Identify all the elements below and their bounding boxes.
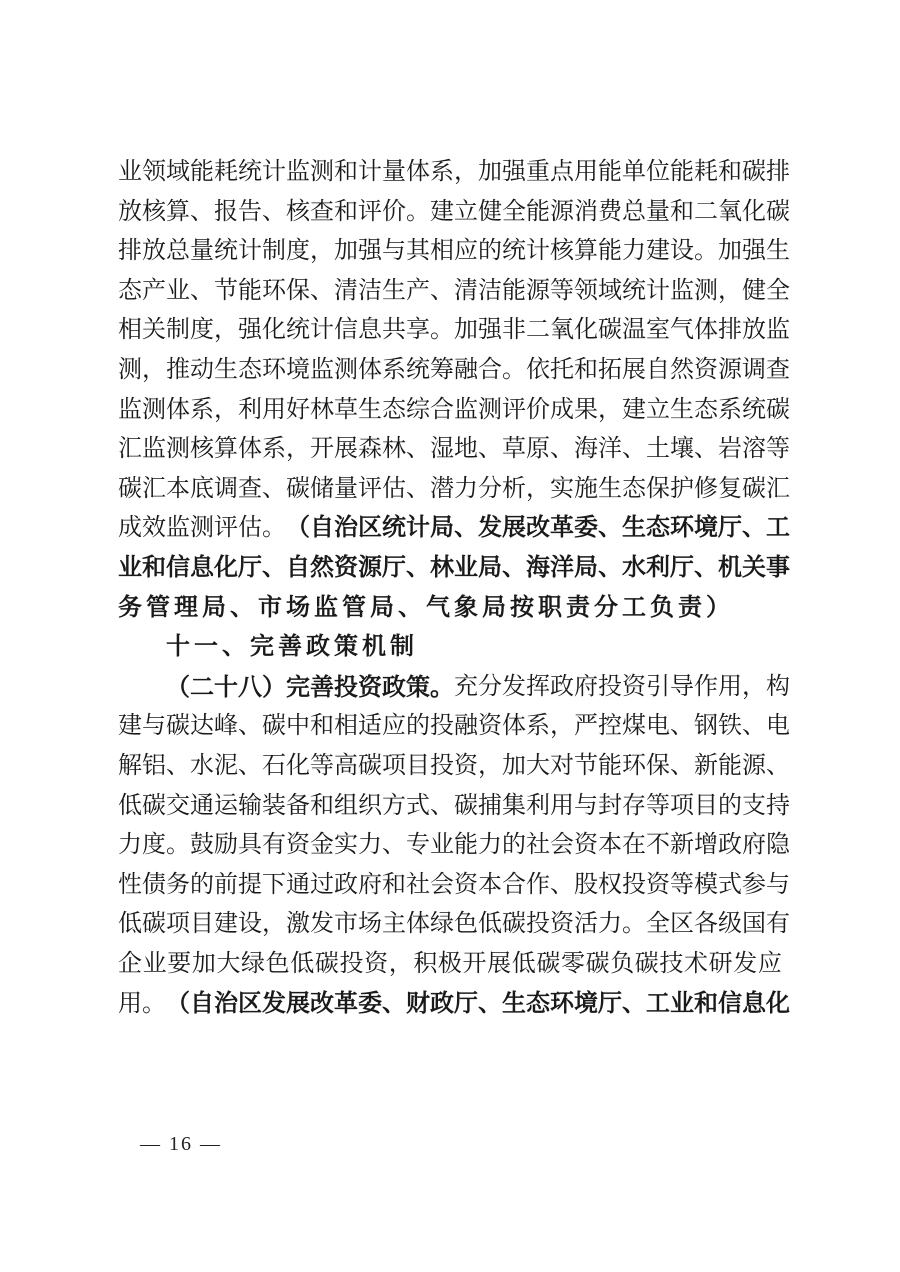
- text-char: 应: [758, 944, 782, 983]
- text-char: 达: [190, 706, 214, 745]
- text-char: 施: [574, 469, 598, 508]
- text-char: 系: [430, 152, 454, 191]
- text-char: 强: [502, 152, 526, 191]
- text-char: 开: [463, 944, 487, 983]
- text-char: 价: [526, 390, 550, 429]
- text-char: 目: [694, 786, 718, 825]
- text-char: 、: [622, 429, 646, 468]
- text-char: 加: [454, 310, 478, 349]
- text-char: 能: [718, 746, 742, 785]
- text-char: 能: [454, 825, 478, 864]
- text-char: 厅: [454, 984, 478, 1023]
- text-line: 力度。鼓励具有资金实力、专业能力的社会资本在不新增政府隐: [118, 825, 782, 864]
- text-char: （: [166, 984, 190, 1023]
- text-char: 融: [454, 706, 478, 745]
- text-char: 提: [238, 865, 262, 904]
- text-char: 全: [646, 904, 670, 943]
- text-char: 储: [310, 469, 334, 508]
- text-char: 保: [646, 746, 670, 785]
- text-char: 政: [306, 627, 330, 666]
- text-char: 碳: [502, 904, 526, 943]
- text-char: 果: [574, 390, 598, 429]
- text-char: 完: [250, 627, 274, 666]
- text-char: 氧: [550, 310, 574, 349]
- text-char: 、: [478, 429, 502, 468]
- text-char: 展: [487, 944, 511, 983]
- text-char: 环: [262, 271, 286, 310]
- text-char: 、: [694, 429, 718, 468]
- text-char: 、: [262, 548, 286, 587]
- text-char: 项: [670, 786, 694, 825]
- text-char: 、: [622, 984, 646, 1023]
- text-char: 、: [262, 192, 286, 231]
- text-char: 适: [358, 706, 382, 745]
- text-char: 态: [646, 508, 670, 547]
- text-char: 项: [382, 746, 406, 785]
- text-char: ，: [550, 706, 574, 745]
- text-char: 绿: [430, 904, 454, 943]
- text-char: 增: [694, 825, 718, 864]
- text-char: 。: [142, 984, 166, 1023]
- text-char: 碳: [315, 944, 339, 983]
- text-char: 十: [214, 667, 238, 706]
- text-char: 价: [382, 192, 406, 231]
- text-char: 财: [406, 984, 430, 1023]
- text-char: 革: [550, 508, 574, 547]
- text-char: 推: [166, 350, 190, 389]
- text-char: 场: [286, 588, 310, 627]
- text-char: 核: [190, 429, 214, 468]
- text-char: 分: [478, 667, 502, 706]
- text-char: 、: [406, 429, 430, 468]
- text-char: 工: [646, 984, 670, 1023]
- text-char: 会: [550, 825, 574, 864]
- text-char: 项: [166, 904, 190, 943]
- text-char: 过: [310, 865, 334, 904]
- text-char: 引: [646, 667, 670, 706]
- text-char: 模: [694, 865, 718, 904]
- text-char: 评: [358, 469, 382, 508]
- text-char: 新: [670, 825, 694, 864]
- text-line: 排放总量统计制度，加强与其相应的统计核算能力建设。加强生: [118, 231, 782, 270]
- text-char: 全: [766, 271, 790, 310]
- text-char: 非: [502, 310, 526, 349]
- text-char: 能: [598, 152, 622, 191]
- text-char: 负: [610, 944, 634, 983]
- text-char: 生: [670, 390, 694, 429]
- text-char: ）: [262, 667, 286, 706]
- text-char: 信: [718, 984, 742, 1023]
- text-char: 社: [406, 865, 430, 904]
- text-char: 测: [142, 390, 166, 429]
- text-char: 责: [678, 588, 702, 627]
- text-char: 林: [382, 429, 406, 468]
- text-char: 力: [454, 469, 478, 508]
- text-char: 室: [646, 310, 670, 349]
- text-char: 府: [574, 667, 598, 706]
- text-char: 用: [118, 984, 142, 1023]
- text-char: 测: [694, 271, 718, 310]
- text-char: 建: [118, 706, 142, 745]
- text-char: 相: [334, 706, 358, 745]
- text-char: 强: [478, 310, 502, 349]
- text-char: 草: [334, 390, 358, 429]
- text-char: 度: [286, 231, 310, 270]
- text-char: 潜: [430, 469, 454, 508]
- text-char: 。: [406, 192, 430, 231]
- text-char: 资: [478, 706, 502, 745]
- text-char: 股: [574, 865, 598, 904]
- text-char: 用: [574, 152, 598, 191]
- text-char: 、: [238, 746, 262, 785]
- text-char: 共: [382, 310, 406, 349]
- text-char: 复: [718, 469, 742, 508]
- text-char: 式: [406, 786, 430, 825]
- text-char: 生: [358, 390, 382, 429]
- text-char: 利: [238, 390, 262, 429]
- text-char: 投: [334, 667, 358, 706]
- text-char: 重: [526, 152, 550, 191]
- text-char: 监: [310, 350, 334, 389]
- text-char: 局: [482, 588, 506, 627]
- text-char: 资: [454, 746, 478, 785]
- text-char: 石: [262, 746, 286, 785]
- text-char: 和: [382, 865, 406, 904]
- text-char: 气: [670, 310, 694, 349]
- text-char: 统: [382, 508, 406, 547]
- text-char: 具: [238, 825, 262, 864]
- text-char: 点: [550, 152, 574, 191]
- text-char: 充: [454, 667, 478, 706]
- text-char: 场: [358, 904, 382, 943]
- text-char: 自: [646, 350, 670, 389]
- text-char: 政: [718, 825, 742, 864]
- text-char: 环: [670, 508, 694, 547]
- text-char: 、: [166, 746, 190, 785]
- text-char: 、: [430, 271, 454, 310]
- text-char: 的: [190, 865, 214, 904]
- text-char: ）: [706, 588, 730, 627]
- text-char: 和: [334, 152, 358, 191]
- text-char: 测: [310, 152, 334, 191]
- text-char: 通: [286, 865, 310, 904]
- text-char: 电: [646, 706, 670, 745]
- text-line: 务管理局、市场监管局、气象局按职责分工负责）: [118, 588, 782, 627]
- text-line: 业和信息化厅、自然资源厅、林业局、海洋局、水利厅、机关事: [118, 548, 782, 587]
- text-char: 、: [742, 706, 766, 745]
- text-char: 合: [502, 865, 526, 904]
- text-char: 能: [598, 746, 622, 785]
- text-char: 能: [190, 152, 214, 191]
- text-char: 单: [622, 152, 646, 191]
- text-char: 权: [598, 865, 622, 904]
- text-char: 加: [478, 152, 502, 191]
- text-char: 电: [766, 706, 790, 745]
- text-char: 息: [742, 984, 766, 1023]
- text-char: 政: [334, 865, 358, 904]
- text-char: 海: [526, 548, 550, 587]
- text-char: 健: [478, 192, 502, 231]
- text-char: 与: [382, 231, 406, 270]
- text-char: 费: [598, 192, 622, 231]
- text-char: 、: [230, 588, 254, 627]
- text-char: 应: [454, 231, 478, 270]
- text-char: 原: [526, 429, 550, 468]
- text-char: 分: [478, 469, 502, 508]
- text-char: 投: [339, 944, 363, 983]
- text-char: 析: [502, 469, 526, 508]
- text-char: 资: [622, 667, 646, 706]
- text-char: 控: [598, 706, 622, 745]
- text-char: 设: [670, 231, 694, 270]
- text-char: 发: [478, 508, 502, 547]
- text-char: 发: [733, 944, 757, 983]
- text-char: 碳: [454, 786, 478, 825]
- text-char: 洁: [478, 271, 502, 310]
- text-char: ，: [718, 271, 742, 310]
- text-char: 湿: [430, 429, 454, 468]
- text-char: 化: [766, 984, 790, 1023]
- text-char: 色: [454, 904, 478, 943]
- text-char: 在: [622, 825, 646, 864]
- text-char: 加: [334, 231, 358, 270]
- text-char: 信: [166, 548, 190, 587]
- text-char: 能: [526, 192, 550, 231]
- text-char: 测: [334, 350, 358, 389]
- text-char: 生: [502, 984, 526, 1023]
- text-char: 测: [118, 350, 142, 389]
- text-char: 。: [694, 231, 718, 270]
- text-char: 计: [238, 231, 262, 270]
- text-char: 生: [622, 508, 646, 547]
- text-char: 碳: [766, 192, 790, 231]
- text-char: 森: [358, 429, 382, 468]
- text-char: 备: [286, 786, 310, 825]
- text-char: 体: [238, 429, 262, 468]
- text-char: 评: [358, 192, 382, 231]
- text-char: 区: [358, 508, 382, 547]
- text-char: 金: [310, 825, 334, 864]
- text-char: 自: [286, 548, 310, 587]
- text-char: 调: [214, 469, 238, 508]
- text-char: 息: [358, 310, 382, 349]
- text-char: 资: [286, 825, 310, 864]
- text-char: 厅: [382, 548, 406, 587]
- text-char: 式: [718, 865, 742, 904]
- text-char: 体: [406, 152, 430, 191]
- text-char: ，: [214, 390, 238, 429]
- text-char: 气: [426, 588, 450, 627]
- text-char: 排: [118, 231, 142, 270]
- text-char: 立: [454, 192, 478, 231]
- text-char: 水: [190, 746, 214, 785]
- text-char: 加: [502, 746, 526, 785]
- text-char: 查: [766, 350, 790, 389]
- text-char: 合: [478, 350, 502, 389]
- text-char: 资: [358, 667, 382, 706]
- text-char: 自: [310, 508, 334, 547]
- text-char: 力: [598, 904, 622, 943]
- text-char: 发: [262, 984, 286, 1023]
- text-char: 化: [214, 548, 238, 587]
- text-char: 和: [142, 548, 166, 587]
- text-char: ，: [454, 152, 478, 191]
- text-char: 、: [454, 508, 478, 547]
- text-char: 积: [413, 944, 437, 983]
- text-char: 量: [190, 231, 214, 270]
- text-char: 务: [118, 588, 142, 627]
- text-char: 、: [190, 271, 214, 310]
- text-char: 应: [382, 706, 406, 745]
- text-char: 排: [766, 152, 790, 191]
- text-char: 然: [670, 350, 694, 389]
- text-char: 核: [142, 192, 166, 231]
- text-line: 低碳项目建设，激发市场主体绿色低碳投资活力。全区各级国有: [118, 904, 782, 943]
- text-char: 资: [646, 865, 670, 904]
- text-char: 集: [502, 786, 526, 825]
- text-char: 低: [118, 904, 142, 943]
- text-char: 业: [143, 944, 167, 983]
- text-char: （: [286, 508, 310, 547]
- text-char: 生: [382, 271, 406, 310]
- text-char: 善: [310, 667, 334, 706]
- text-char: 查: [310, 192, 334, 231]
- text-char: 投: [430, 706, 454, 745]
- text-char: 、: [766, 746, 790, 785]
- text-char: 统: [502, 231, 526, 270]
- text-char: 债: [142, 865, 166, 904]
- text-char: 利: [526, 786, 550, 825]
- text-char: 态: [622, 469, 646, 508]
- text-char: 放: [142, 231, 166, 270]
- text-char: 度: [190, 310, 214, 349]
- text-char: 本: [166, 469, 190, 508]
- text-char: 工: [766, 508, 790, 547]
- text-char: 力: [622, 231, 646, 270]
- text-char: 体: [166, 390, 190, 429]
- text-char: 等: [670, 865, 694, 904]
- text-char: 主: [382, 904, 406, 943]
- text-char: 调: [742, 350, 766, 389]
- text-char: 岩: [718, 429, 742, 468]
- text-char: 告: [238, 192, 262, 231]
- text-char: 计: [406, 508, 430, 547]
- text-char: 耗: [694, 152, 718, 191]
- text-char: 封: [598, 786, 622, 825]
- text-char: 分: [594, 588, 618, 627]
- text-char: 发: [502, 667, 526, 706]
- text-char: 业: [430, 825, 454, 864]
- text-char: 府: [742, 825, 766, 864]
- page-number: — 16 —: [140, 1133, 222, 1156]
- text-char: 。: [502, 350, 526, 389]
- text-char: 机: [362, 627, 386, 666]
- text-char: 低: [118, 786, 142, 825]
- text-char: 工: [622, 588, 646, 627]
- text-char: 碳: [262, 706, 286, 745]
- text-char: 关: [742, 548, 766, 587]
- text-char: 的: [718, 786, 742, 825]
- text-char: 息: [190, 548, 214, 587]
- text-char: 力: [118, 825, 142, 864]
- text-char: 隐: [766, 825, 790, 864]
- text-char: 建: [214, 904, 238, 943]
- text-char: 计: [526, 231, 550, 270]
- text-char: 域: [166, 152, 190, 191]
- text-char: 汇: [142, 469, 166, 508]
- text-char: 源: [526, 271, 550, 310]
- text-char: 作: [694, 667, 718, 706]
- text-char: 业: [118, 152, 142, 191]
- text-char: 参: [742, 865, 766, 904]
- text-char: 然: [310, 548, 334, 587]
- text-char: 耗: [214, 152, 238, 191]
- text-char: 总: [166, 231, 190, 270]
- text-char: 统: [406, 350, 430, 389]
- text-char: 研: [709, 944, 733, 983]
- text-char: ，: [310, 231, 334, 270]
- text-char: 态: [694, 390, 718, 429]
- text-char: 算: [574, 231, 598, 270]
- text-char: 有: [262, 825, 286, 864]
- text-char: 和: [310, 706, 334, 745]
- text-char: 与: [766, 865, 790, 904]
- text-char: 资: [694, 350, 718, 389]
- text-char: 、: [478, 984, 502, 1023]
- text-char: 厅: [670, 548, 694, 587]
- text-char: 生: [214, 350, 238, 389]
- text-char: 护: [670, 469, 694, 508]
- text-char: 、: [670, 746, 694, 785]
- text-char: 市: [258, 588, 282, 627]
- text-char: 前: [214, 865, 238, 904]
- text-char: ，: [286, 429, 310, 468]
- text-char: 府: [358, 865, 382, 904]
- text-char: 作: [526, 865, 550, 904]
- text-char: 化: [286, 746, 310, 785]
- text-char: 鼓: [190, 825, 214, 864]
- text-char: 洋: [550, 548, 574, 587]
- text-char: 地: [454, 429, 478, 468]
- text-char: 企: [118, 944, 142, 983]
- text-char: 源: [742, 746, 766, 785]
- text-char: 本: [478, 865, 502, 904]
- text-char: 技: [659, 944, 683, 983]
- text-char: 管: [146, 588, 170, 627]
- text-char: ，: [478, 746, 502, 785]
- text-char: 展: [622, 350, 646, 389]
- text-char: 。: [262, 508, 286, 547]
- text-char: 强: [358, 231, 382, 270]
- text-char: 算: [166, 192, 190, 231]
- text-char: 低: [290, 944, 314, 983]
- text-char: 和: [718, 152, 742, 191]
- text-char: 监: [454, 390, 478, 429]
- text-char: 零: [561, 944, 585, 983]
- text-char: 估: [238, 508, 262, 547]
- text-char: 制: [166, 310, 190, 349]
- text-char: 碳: [742, 152, 766, 191]
- text-char: 装: [262, 786, 286, 825]
- text-char: 力: [358, 825, 382, 864]
- text-char: 、: [398, 588, 422, 627]
- text-char: 汇: [118, 429, 142, 468]
- text-char: 完: [286, 667, 310, 706]
- text-char: 资: [364, 944, 388, 983]
- document-page: 业领域能耗统计监测和计量体系，加强重点用能单位能耗和碳排放核算、报告、核查和评价…: [0, 0, 900, 1272]
- text-line: 放核算、报告、核查和评价。建立健全能源消费总量和二氧化碳: [118, 192, 782, 231]
- text-char: 保: [286, 271, 310, 310]
